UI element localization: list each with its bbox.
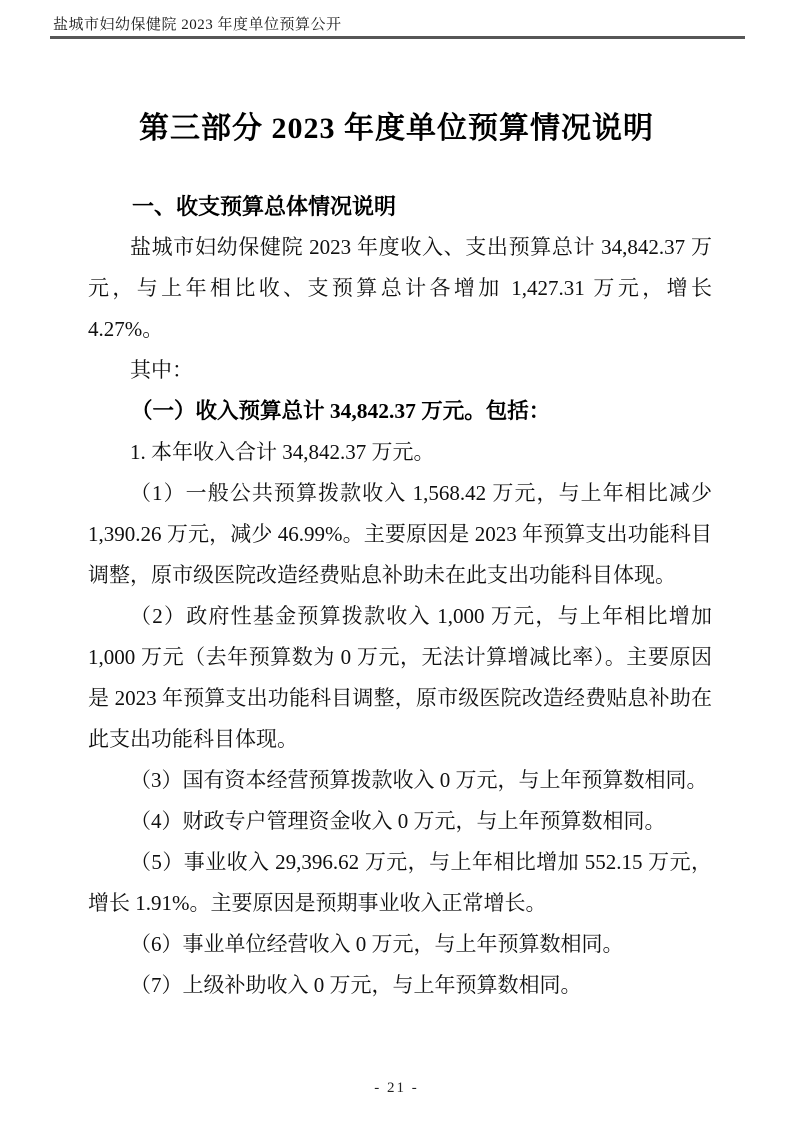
body-paragraph: 其中： — [88, 350, 712, 391]
subsection-heading: （一）收入预算总计 34,842.37 万元。包括： — [88, 391, 712, 432]
header-rule — [50, 36, 745, 39]
body-paragraph: （7）上级补助收入 0 万元，与上年预算数相同。 — [88, 965, 712, 1006]
section-heading: 一、收支预算总体情况说明 — [88, 186, 712, 227]
body-paragraph: （2）政府性基金预算拨款收入 1,000 万元，与上年相比增加 1,000 万元… — [88, 596, 712, 760]
body-paragraph: （3）国有资本经营预算拨款收入 0 万元，与上年预算数相同。 — [88, 760, 712, 801]
document-body: 一、收支预算总体情况说明 盐城市妇幼保健院 2023 年度收入、支出预算总计 3… — [88, 186, 712, 1006]
body-paragraph: （6）事业单位经营收入 0 万元，与上年预算数相同。 — [88, 924, 712, 965]
running-header: 盐城市妇幼保健院 2023 年度单位预算公开 — [53, 13, 745, 34]
body-paragraph: （4）财政专户管理资金收入 0 万元，与上年预算数相同。 — [88, 801, 712, 842]
body-paragraph: （5）事业收入 29,396.62 万元，与上年相比增加 552.15 万元，增… — [88, 842, 712, 924]
body-paragraph: 1. 本年收入合计 34,842.37 万元。 — [88, 432, 712, 473]
page-number: - 21 - — [0, 1080, 793, 1097]
document-page: 盐城市妇幼保健院 2023 年度单位预算公开 第三部分 2023 年度单位预算情… — [0, 0, 793, 1122]
body-paragraph: 盐城市妇幼保健院 2023 年度收入、支出预算总计 34,842.37 万元，与… — [88, 227, 712, 350]
page-title: 第三部分 2023 年度单位预算情况说明 — [0, 103, 793, 147]
body-paragraph: （1）一般公共预算拨款收入 1,568.42 万元，与上年相比减少 1,390.… — [88, 473, 712, 596]
